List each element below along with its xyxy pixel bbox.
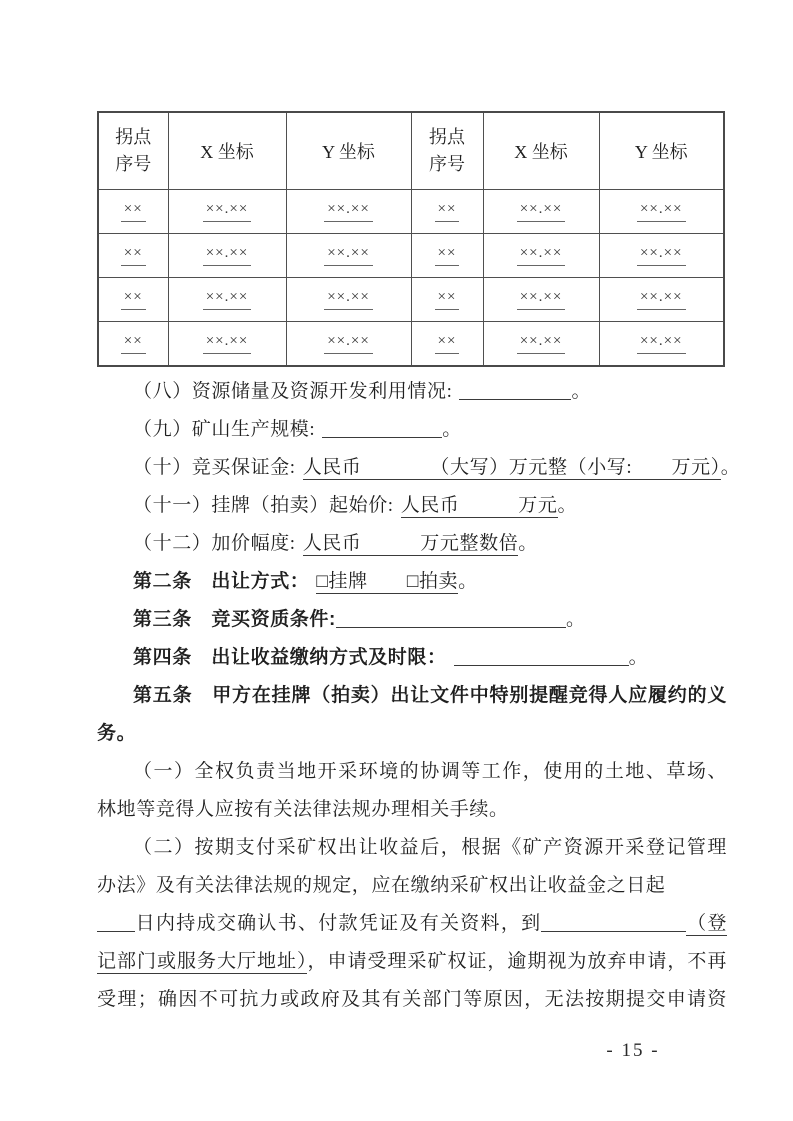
- article-2-period: 。: [458, 571, 478, 592]
- table-cell: ××.××: [168, 190, 286, 234]
- paragraph-2-line4-underlined: 记部门或服务大厅地址）: [97, 951, 307, 974]
- header-corner-line2: 序号: [412, 151, 483, 178]
- table-cell: ××.××: [286, 278, 411, 322]
- header-x-coordinate: X 坐标: [168, 112, 286, 190]
- table-cell: ××.××: [483, 190, 599, 234]
- header-corner-line1: 拐点: [412, 124, 483, 151]
- clause-item-12-filled-value: 人民币 万元整数倍: [303, 533, 519, 556]
- table-row: ×× ××.×× ××.×× ×× ××.×× ××.××: [98, 234, 724, 278]
- header-corner-point-no: 拐点 序号: [98, 112, 168, 190]
- header-y-coordinate: Y 坐标: [599, 112, 724, 190]
- table-row: ×× ××.×× ××.×× ×× ××.×× ××.××: [98, 322, 724, 367]
- clause-item-10: （十）竞买保证金:人民币 （大写）万元整（小写: 万元）。: [97, 449, 727, 487]
- table-cell: ××.××: [483, 278, 599, 322]
- paragraph-2-line1: （二）按期支付采矿权出让收益后，根据《矿产资源开采登记管理: [97, 829, 727, 867]
- article-4: 第四条 出让收益缴纳方式及时限：。: [97, 639, 727, 677]
- table-cell: ××.××: [168, 234, 286, 278]
- paragraph-1-line1: （一）全权负责当地开采环境的协调等工作，使用的土地、草场、: [97, 753, 727, 791]
- blank-line: [459, 383, 571, 400]
- paragraph-2-line2: 办法》及有关法律法规的规定，应在缴纳采矿权出让收益金之日起: [97, 867, 727, 905]
- clause-item-8-period: 。: [571, 381, 591, 402]
- contract-body: （八）资源储量及资源开发利用情况:。 （九）矿山生产规模:。 （十）竞买保证金:…: [97, 373, 727, 1019]
- article-2-options: □挂牌 □拍卖: [316, 571, 458, 594]
- table-cell: ××.××: [599, 322, 724, 367]
- header-corner-line2: 序号: [99, 151, 168, 178]
- blank-line: [322, 421, 442, 438]
- clause-item-9-period: 。: [442, 419, 462, 440]
- clause-item-8: （八）资源储量及资源开发利用情况:。: [97, 373, 727, 411]
- article-2: 第二条 出让方式：□挂牌 □拍卖。: [97, 563, 727, 601]
- header-x-coordinate: X 坐标: [483, 112, 599, 190]
- table-header-row: 拐点 序号 X 坐标 Y 坐标 拐点 序号 X 坐标 Y 坐标: [98, 112, 724, 190]
- corner-point-coordinate-table: 拐点 序号 X 坐标 Y 坐标 拐点 序号 X 坐标 Y 坐标 ×× ××.××…: [97, 111, 725, 367]
- blank-line: [541, 915, 686, 932]
- article-5-line2: 务。: [97, 715, 727, 753]
- paragraph-2-line3: 日内持成交确认书、付款凭证及有关资料，到（登: [97, 905, 727, 943]
- clause-item-11-period: 。: [558, 495, 578, 516]
- paragraph-1-line2: 林地等竞得人应按有关法律法规办理相关手续。: [97, 791, 727, 829]
- table-cell: ××.××: [168, 278, 286, 322]
- blank-line: [97, 915, 135, 932]
- table-cell: ××: [411, 234, 483, 278]
- table-cell: ××: [411, 322, 483, 367]
- clause-item-10-filled-value: 人民币 （大写）万元整（小写: 万元）: [303, 457, 721, 480]
- table-cell: ××.××: [286, 190, 411, 234]
- table-cell: ××: [98, 234, 168, 278]
- header-corner-line1: 拐点: [99, 124, 168, 151]
- header-y-coordinate: Y 坐标: [286, 112, 411, 190]
- paragraph-2-line4: 记部门或服务大厅地址），申请受理采矿权证，逾期视为放弃申请，不再: [97, 943, 727, 981]
- table-cell: ××.××: [483, 234, 599, 278]
- clause-item-9-label: （九）矿山生产规模:: [133, 419, 315, 440]
- paragraph-2-line3-tail: （登: [686, 913, 727, 936]
- table-cell: ××: [411, 190, 483, 234]
- table-cell: ××.××: [599, 190, 724, 234]
- table-cell: ××.××: [599, 278, 724, 322]
- table-cell: ××: [98, 278, 168, 322]
- article-4-heading: 第四条 出让收益缴纳方式及时限：: [133, 647, 447, 668]
- clause-item-10-label: （十）竞买保证金:: [133, 457, 296, 478]
- clause-item-12-period: 。: [518, 533, 538, 554]
- table-cell: ××.××: [286, 234, 411, 278]
- clause-item-12: （十二）加价幅度:人民币 万元整数倍。: [97, 525, 727, 563]
- article-3: 第三条 竞买资质条件:。: [97, 601, 727, 639]
- clause-item-8-label: （八）资源储量及资源开发利用情况:: [133, 381, 452, 402]
- article-2-heading: 第二条 出让方式：: [133, 571, 309, 592]
- paragraph-2-line3-text: 日内持成交确认书、付款凭证及有关资料，到: [135, 913, 541, 934]
- contract-page: 拐点 序号 X 坐标 Y 坐标 拐点 序号 X 坐标 Y 坐标 ×× ××.××…: [0, 0, 793, 1121]
- header-corner-point-no: 拐点 序号: [411, 112, 483, 190]
- article-5-line1: 第五条 甲方在挂牌（拍卖）出让文件中特别提醒竞得人应履约的义: [97, 677, 727, 715]
- table-cell: ××: [411, 278, 483, 322]
- blank-line: [454, 649, 629, 666]
- table-cell: ××.××: [168, 322, 286, 367]
- table-row: ×× ××.×× ××.×× ×× ××.×× ××.××: [98, 278, 724, 322]
- article-3-period: 。: [566, 609, 586, 630]
- article-3-heading: 第三条 竞买资质条件:: [133, 609, 336, 630]
- table-cell: ××.××: [286, 322, 411, 367]
- table-cell: ××.××: [599, 234, 724, 278]
- article-4-period: 。: [629, 647, 649, 668]
- clause-item-11: （十一）挂牌（拍卖）起始价:人民币 万元。: [97, 487, 727, 525]
- page-number: - 15 -: [593, 1040, 673, 1062]
- paragraph-2-line5: 受理；确因不可抗力或政府及其有关部门等原因，无法按期提交申请资: [97, 981, 727, 1019]
- table-cell: ××: [98, 322, 168, 367]
- clause-item-11-label: （十一）挂牌（拍卖）起始价:: [133, 495, 394, 516]
- paragraph-2-line4-rest: ，申请受理采矿权证，逾期视为放弃申请，不再: [307, 951, 727, 972]
- table-row: ×× ××.×× ××.×× ×× ××.×× ××.××: [98, 190, 724, 234]
- clause-item-10-period: 。: [721, 457, 741, 478]
- clause-item-12-label: （十二）加价幅度:: [133, 533, 296, 554]
- blank-line: [336, 611, 566, 628]
- clause-item-9: （九）矿山生产规模:。: [97, 411, 727, 449]
- clause-item-11-filled-value: 人民币 万元: [401, 495, 558, 518]
- table-cell: ××.××: [483, 322, 599, 367]
- table-cell: ××: [98, 190, 168, 234]
